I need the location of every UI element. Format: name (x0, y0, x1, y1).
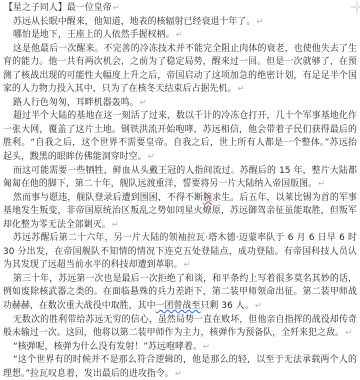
paragraph-text: 无数次的胜利带给苏远无穷的信心，虽然局势一直在败坏，但他亲自指挥的战役却传奇般未… (3, 315, 357, 339)
paragraph: 超过半个大陆的基地在这一刻活了过来，数以千计的冷冻仓打开，几十个军事基地化作一张… (3, 110, 357, 164)
paragraph-text: 苏远从长眠中醒来，他知道，地表的核辐射已经衰退十年了。 (13, 17, 255, 27)
paragraph-text: 超过半个大陆的基地在这一刻活了过来，数以千计的冷冻仓打开，几十个军事基地化作一张… (3, 111, 357, 162)
document-title: 【星之子同人】最一位皇帝↵ (3, 2, 357, 16)
paragraph-mark-icon: ↵ (254, 301, 262, 311)
paragraph: 路人行色匆匆，耳畔机器轰鸣。↵ (3, 97, 357, 111)
paragraph: 苏远从长眠中醒来，他知道，地表的核辐射已经衰退十年了。↵ (3, 16, 357, 30)
paragraph-mark-icon: ↵ (175, 30, 183, 40)
paragraph-text: 然而事与愿违，舰队登录后遭到围困，不得不断 (13, 193, 203, 203)
paragraph: 这是他最后一次醒来。不完善的冷冻技术并不能完全阻止肉体的衰老，也使他失去了生育的… (3, 43, 357, 97)
paragraph-mark-icon: ↵ (174, 369, 182, 379)
paragraph-mark-icon: ↵ (139, 98, 147, 108)
title-text: 【星之子同人】最一位皇帝 (4, 3, 112, 13)
paragraph-mark-icon: ↵ (147, 152, 155, 162)
paragraph: 无数次的胜利带给苏远无穷的信心，虽然局势一直在败坏，但他亲自指挥的战役却传奇般未… (3, 314, 357, 341)
paragraph-text: 哪怕是地下，王座上的人依然手握权柄。 (13, 30, 175, 40)
spellcheck-underlined-text: 腕 (203, 193, 212, 203)
paragraph-text: 苏远苏醒后第二十六年，另一片大陆的领袖拉瓦·塔木德·迈蒙率队于 6 月 6 日早… (3, 233, 357, 270)
paragraph-mark-icon: ↵ (202, 342, 210, 352)
paragraph: 第三十年，苏远第一次也是最后一次拒绝了和谈，和平条约上写着很多莫名其妙的话，例如… (3, 273, 357, 314)
paragraph-text: 这是他最后一次醒来。不完善的冷冻技术并不能完全阻止肉体的衰老，也使他失去了生育的… (3, 44, 357, 95)
paragraph: “这个世界有的时候并不是那么符合逻辑的，他是那么的轻，以至于无法承载两个人的理想… (3, 354, 357, 380)
paragraph: 然而事与愿违，舰队登录后遭到围困，不得不断腕求生。后五年，以莱比锡为首的军事基地… (3, 192, 357, 233)
paragraph: “核弹呢，核弹为什么没有发射！”苏远咆哮着。↵ (3, 341, 357, 355)
paragraph-mark-icon: ↵ (344, 328, 352, 338)
paragraph-text: 只剩 36 人。 (200, 301, 253, 311)
paragraph: 苏远苏醒后第二十六年，另一片大陆的领袖拉瓦·塔木德·迈蒙率队于 6 月 6 日早… (3, 232, 357, 273)
paragraph-mark-icon: ↵ (317, 179, 325, 189)
paragraph-mark-icon: ↵ (183, 260, 191, 270)
paragraph-text: “核弹呢，核弹为什么没有发射！”苏远咆哮着。 (13, 342, 202, 352)
paragraph: 而这可能需要一些牺牲，鲜血从头戴王冠的人指间流过。苏醒后的 15 年，整片大陆都… (3, 165, 357, 192)
paragraph-mark-icon: ↵ (236, 84, 244, 94)
document-page: 【星之子同人】最一位皇帝↵ 苏远从长眠中醒来，他知道，地表的核辐射已经衰退十年了… (0, 0, 360, 380)
paragraph: 哪怕是地下，王座上的人依然手握权柄。↵ (3, 29, 357, 43)
paragraph-mark-icon: ↵ (112, 3, 120, 13)
table-handle-cross-icon (351, 1, 360, 14)
grammarcheck-underlined-text: 一团曾战至 (156, 301, 201, 311)
paragraph-mark-icon: ↵ (111, 220, 119, 230)
paragraph-text: 路人行色匆匆，耳畔机器轰鸣。 (13, 98, 139, 108)
paragraph-mark-icon: ↵ (255, 17, 263, 27)
paragraph-text: 而这可能需要一些牺牲，鲜血从头戴王冠的人指间流过。苏醒后的 15 年，整片大陆都… (3, 166, 357, 190)
